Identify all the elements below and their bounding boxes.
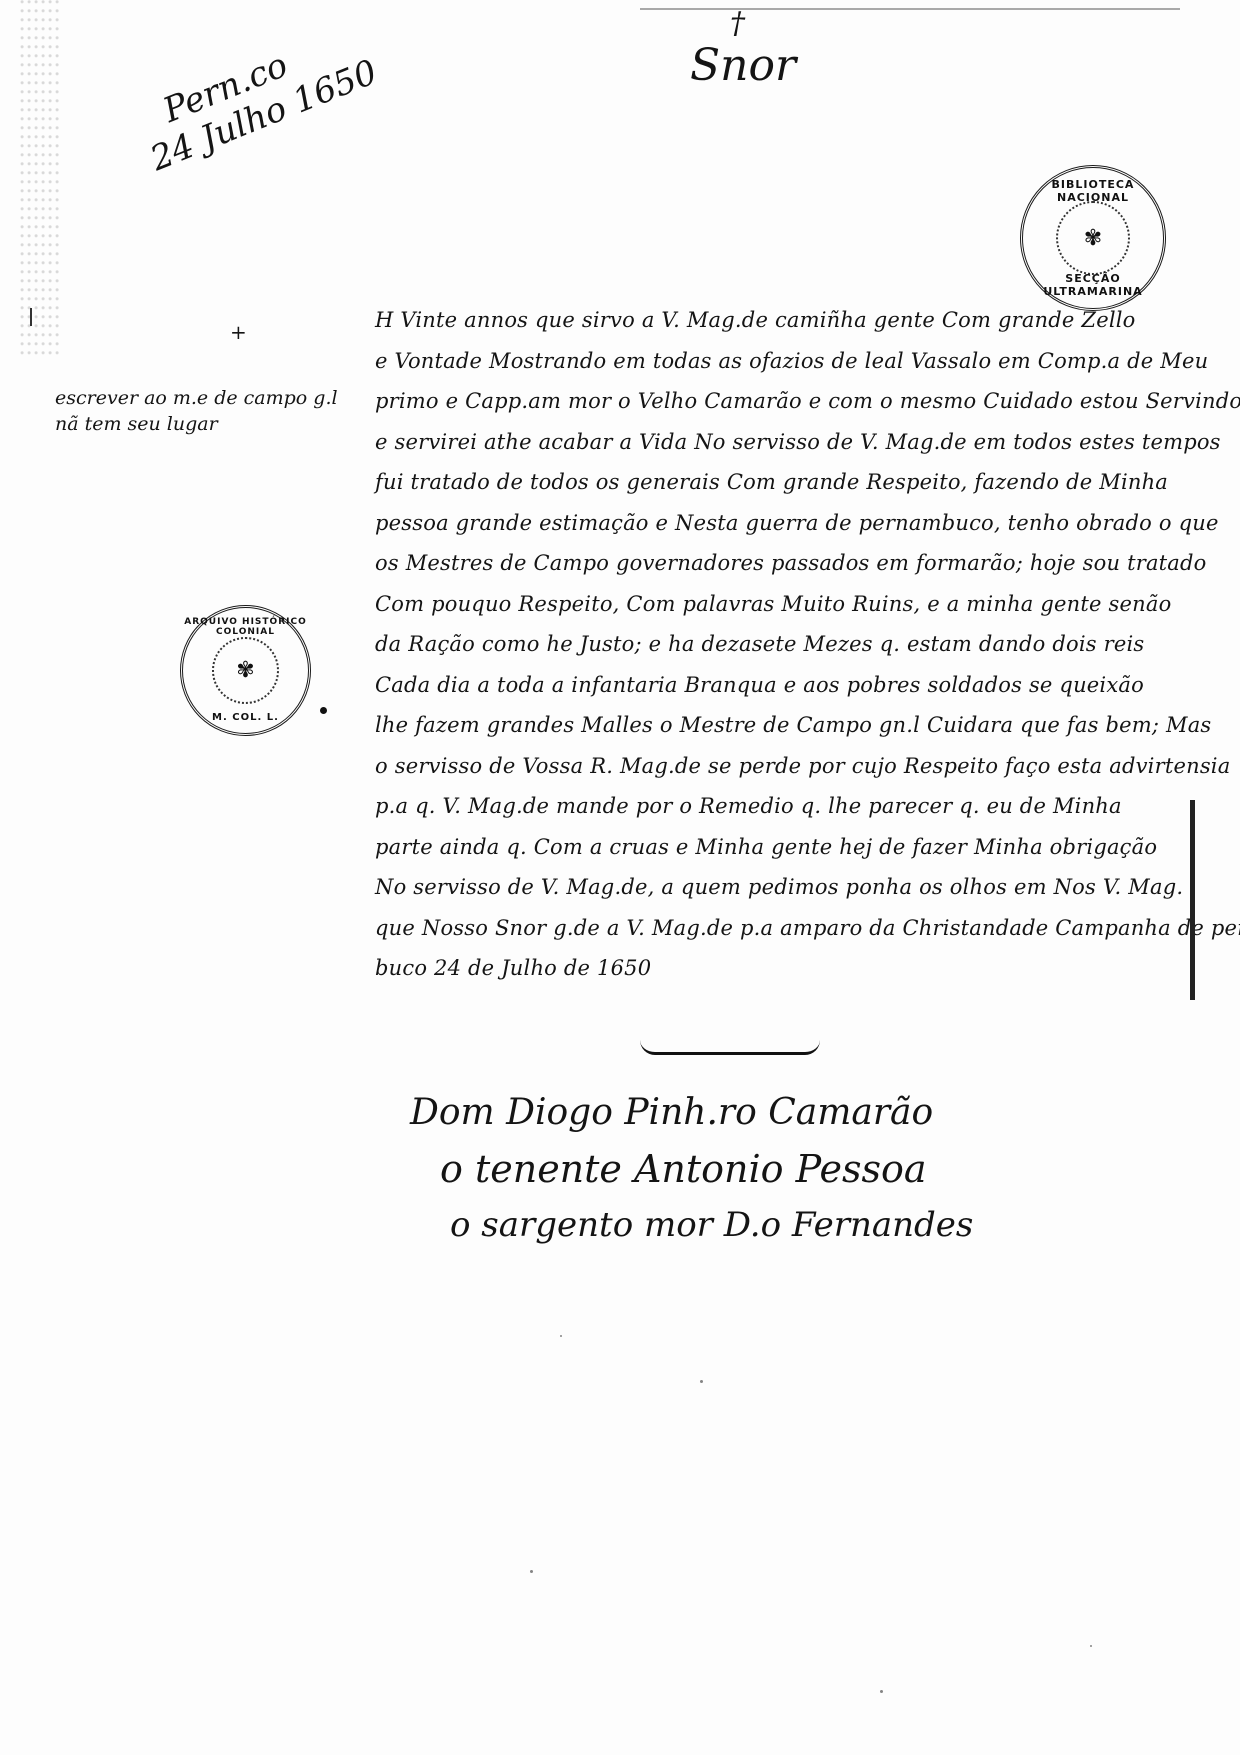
body-line: que Nosso Snor g.de a V. Mag.de p.a ampa… [375, 908, 1210, 949]
closing-flourish [640, 1040, 820, 1055]
body-line: fui tratado de todos os generais Com gra… [375, 462, 1210, 503]
stamp-top-text: BIBLIOTECA NACIONAL [1023, 178, 1163, 204]
scan-right-edge-mark [1190, 800, 1195, 1000]
scan-edge-noise [20, 0, 60, 360]
signature: Dom Diogo Pinh.ro Camarão [410, 1085, 973, 1141]
body-line: o servisso de Vossa R. Mag.de se perde p… [375, 746, 1210, 787]
body-line: lhe fazem grandes Malles o Mestre de Cam… [375, 705, 1210, 746]
salutation: † Snor [690, 40, 796, 91]
scan-speckle [530, 1570, 533, 1573]
stamp-emblem-icon: ✾ [212, 637, 279, 704]
body-line: parte ainda q. Com a cruas e Minha gente… [375, 827, 1210, 868]
body-line: p.a q. V. Mag.de mande por o Remedio q. … [375, 786, 1210, 827]
margin-mark [30, 308, 32, 326]
body-line: primo e Capp.am mor o Velho Camarão e co… [375, 381, 1210, 422]
body-line: H Vinte annos que sirvo a V. Mag.de cami… [375, 300, 1210, 341]
marginal-date-note: Pern.co 24 Julho 1650 [130, 15, 383, 179]
salutation-text: Snor [690, 40, 796, 91]
stamp-bottom-text: M. COL. L. [212, 712, 279, 723]
stamp-emblem-icon: ✾ [1056, 201, 1130, 275]
scan-speckle [560, 1335, 562, 1337]
body-line-dateline: buco 24 de Julho de 1650 [375, 948, 1210, 989]
ink-dot [320, 707, 327, 714]
scan-speckle [880, 1690, 883, 1693]
scan-speckle [1090, 1645, 1092, 1647]
margin-annotation-line: escrever ao m.e de campo g.l [55, 385, 338, 411]
body-line: e servirei athe acabar a Vida No serviss… [375, 422, 1210, 463]
body-line: pessoa grande estimação e Nesta guerra d… [375, 503, 1210, 544]
scan-top-edge [640, 8, 1180, 10]
margin-annotation-line: nã tem seu lugar [55, 411, 338, 437]
body-line: Cada dia a toda a infantaria Branqua e a… [375, 665, 1210, 706]
biblioteca-nacional-stamp: BIBLIOTECA NACIONAL ✾ SECÇÃO ULTRAMARINA [1020, 165, 1166, 311]
scan-speckle [700, 1380, 703, 1383]
stamp-bottom-text: SECÇÃO ULTRAMARINA [1023, 272, 1163, 298]
stamp-top-text: ARQUIVO HISTÓRICO COLONIAL [183, 617, 308, 637]
body-line: No servisso de V. Mag.de, a quem pedimos… [375, 867, 1210, 908]
body-line: e Vontade Mostrando em todas as ofazios … [375, 341, 1210, 382]
letter-body: H Vinte annos que sirvo a V. Mag.de cami… [375, 300, 1210, 989]
body-line: os Mestres de Campo governadores passado… [375, 543, 1210, 584]
signature: o sargento mor D.o Fernandes [450, 1197, 973, 1253]
signature-block: Dom Diogo Pinh.ro Camarão o tenente Anto… [400, 1085, 973, 1253]
signature: o tenente Antonio Pessoa [440, 1141, 973, 1197]
margin-cross-icon: + [230, 320, 247, 344]
cross-icon: † [730, 6, 745, 41]
body-line: da Ração como he Justo; e ha dezasete Me… [375, 624, 1210, 665]
document-page: Pern.co 24 Julho 1650 † Snor BIBLIOTECA … [0, 0, 1240, 1755]
margin-annotation: escrever ao m.e de campo g.l nã tem seu … [55, 385, 338, 437]
body-line: Com pouquo Respeito, Com palavras Muito … [375, 584, 1210, 625]
arquivo-historico-stamp: ARQUIVO HISTÓRICO COLONIAL ✾ M. COL. L. [180, 605, 311, 736]
